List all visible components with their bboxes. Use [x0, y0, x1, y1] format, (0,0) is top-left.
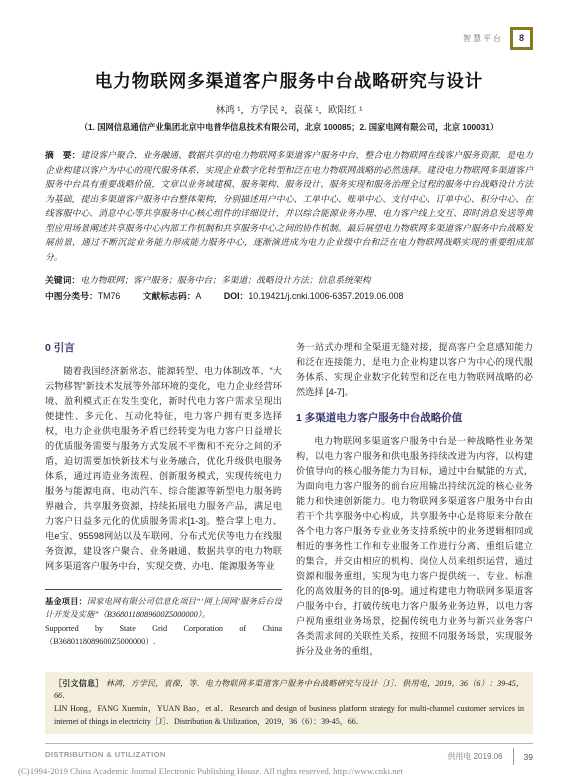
classification-line: 中图分类号：TM76 文献标志码：A DOI：10.19421/j.cnki.1…	[45, 289, 533, 304]
footer-issue-group: 供用电 2019.06 39	[447, 748, 533, 765]
intro-paragraph: 随着我国经济新常态、能源转型、电力体制改革、“大云物移智”新技术发展等外部环境的…	[45, 364, 282, 574]
section-heading-introduction: 0 引言	[45, 340, 282, 355]
journal-page: 智慧平台 8 电力物联网多渠道客户服务中台战略研究与设计 林鸿 ¹，方学民 ²，…	[0, 0, 571, 776]
article-title: 电力物联网多渠道客户服务中台战略研究与设计	[45, 68, 533, 93]
section-heading-strategic-value: 1 多渠道电力客户服务中台战略价值	[296, 410, 533, 425]
citation-chinese: 林鸿，方学民，袁葆，等．电力物联网多渠道客户服务中台战略研究与设计［J］．供用电…	[54, 679, 524, 701]
citation-english: LIN Hong，FANG Xuemin，YUAN Bao，et al．Rese…	[54, 704, 524, 726]
issue-number-badge: 8	[510, 27, 533, 50]
citation-box: ［引文信息］ 林鸿，方学民，袁葆，等．电力物联网多渠道客户服务中台战略研究与设计…	[45, 672, 533, 734]
funding-note: 基金项目：国家电网有限公司信息化项目“‘网上国网’服务后台设计开发及实施”（B3…	[45, 589, 282, 649]
doi-value: 10.19421/j.cnki.1006-6357.2019.06.008	[248, 291, 403, 301]
page-content: 智慧平台 8 电力物联网多渠道客户服务中台战略研究与设计 林鸿 ¹，方学民 ²，…	[0, 0, 571, 765]
footer-divider	[513, 748, 514, 765]
citation-label: ［引文信息］	[54, 679, 103, 688]
abstract-block: 摘 要：建设客户聚合、业务融通、数据共享的电力物联网多渠道客户服务中台，整合电力…	[45, 148, 533, 264]
clc-value: TM76	[98, 291, 121, 301]
doc-code-label: 文献标志码：	[143, 291, 196, 301]
section1-paragraph: 电力物联网多渠道客户服务中台是一种战略性业务架构，以电力客户服务和供电服务持续改…	[296, 434, 533, 659]
funding-label: 基金项目：	[45, 597, 87, 606]
intro-continued-paragraph: 务一站式办理和全渠道无缝对接，提高客户全息感知能力和泛在连接能力，是电力企业构建…	[296, 340, 533, 400]
authors-line: 林鸿 ¹，方学民 ²，袁葆 ¹，欧阳红 ¹	[45, 102, 533, 116]
page-footer: DISTRIBUTION & UTILIZATION 供用电 2019.06 3…	[45, 743, 533, 765]
footer-issue-cn: 供用电 2019.06	[447, 751, 502, 762]
copyright-line: (C)1994-2019 China Academic Journal Elec…	[0, 765, 571, 776]
right-column: 务一站式办理和全渠道无缝对接，提高客户全息感知能力和泛在连接能力，是电力企业构建…	[296, 340, 533, 659]
abstract-text: 建设客户聚合、业务融通、数据共享的电力物联网多渠道客户服务中台，整合电力物联网在…	[45, 150, 533, 262]
platform-label: 智慧平台	[463, 33, 503, 44]
doi-label: DOI：	[224, 291, 248, 301]
keywords-line: 关键词：电力物联网；客户服务；服务中台；多渠道；战略设计方法；信息系统架构	[45, 273, 533, 288]
left-column: 0 引言 随着我国经济新常态、能源转型、电力体制改革、“大云物移智”新技术发展等…	[45, 340, 282, 659]
keywords-text: 电力物联网；客户服务；服务中台；多渠道；战略设计方法；信息系统架构	[80, 275, 370, 285]
page-header: 智慧平台 8	[45, 24, 533, 52]
clc-label: 中图分类号：	[45, 291, 98, 301]
two-column-body: 0 引言 随着我国经济新常态、能源转型、电力体制改革、“大云物移智”新技术发展等…	[45, 340, 533, 659]
funding-text-en: Supported by State Grid Corporation of C…	[45, 624, 282, 647]
abstract-label: 摘 要：	[45, 150, 81, 160]
footer-page-number: 39	[524, 752, 533, 762]
footer-journal-name-en: DISTRIBUTION & UTILIZATION	[45, 748, 166, 759]
keywords-label: 关键词：	[45, 275, 80, 285]
doc-code-value: A	[196, 291, 202, 301]
affiliation-line: （1. 国网信息通信产业集团北京中电普华信息技术有限公司，北京 100085；2…	[45, 121, 533, 133]
